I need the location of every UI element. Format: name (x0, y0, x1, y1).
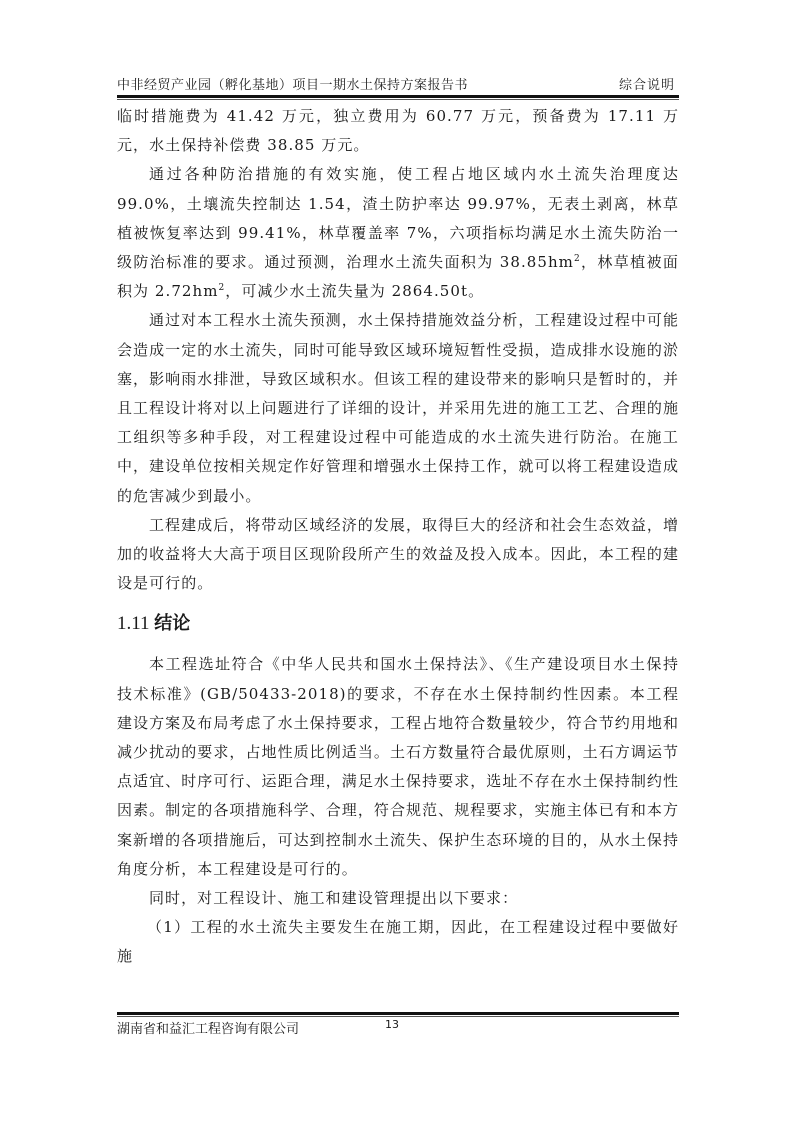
footer-rule-thick (117, 1012, 679, 1015)
section-label: 综合说明 (619, 74, 675, 93)
paragraph-requirements-intro: 同时，对工程设计、施工和建设管理提出以下要求： (117, 884, 679, 913)
header-rule-thin (117, 99, 679, 100)
page-body: 临时措施费为 41.42 万元，独立费用为 60.77 万元，预备费为 17.1… (117, 102, 679, 972)
paragraph-conclusion: 本工程选址符合《中华人民共和国水土保持法》、《生产建设项目水土保持技术标准》(G… (117, 650, 679, 884)
paragraph-costs: 临时措施费为 41.42 万元，独立费用为 60.77 万元，预备费为 17.1… (117, 102, 679, 160)
paragraph-benefits: 工程建成后，将带动区域经济的发展，取得巨大的经济和社会生态效益，增加的收益将大大… (117, 511, 679, 599)
paragraph-text: ，可减少水土流失量为 2864.50t。 (225, 282, 484, 300)
page-header: 中非经贸产业园（孵化基地）项目一期水土保持方案报告书 综合说明 (117, 74, 679, 96)
footer-rule-thin (117, 1016, 679, 1017)
paragraph-indicators: 通过各种防治措施的有效实施，使工程占地区域内水土流失治理度达 99.0%，土壤流… (117, 160, 679, 306)
superscript: 2 (574, 254, 581, 264)
requirement-item-1: （1）工程的水土流失主要发生在施工期，因此，在工程建设过程中要做好施 (117, 913, 679, 971)
page-number: 13 (385, 1018, 399, 1031)
section-heading: 1.11 结论 (117, 604, 679, 644)
document-title: 中非经贸产业园（孵化基地）项目一期水土保持方案报告书 (117, 74, 468, 93)
paragraph-prediction-analysis: 通过对本工程水土流失预测，水土保持措施效益分析，工程建设过程中可能会造成一定的水… (117, 306, 679, 510)
section-number: 1.11 (117, 613, 150, 634)
page-footer: 湖南省和益汇工程咨询有限公司 13 (117, 1018, 679, 1040)
header-rule-thick (117, 95, 679, 98)
company-name: 湖南省和益汇工程咨询有限公司 (117, 1018, 299, 1037)
section-title: 结论 (154, 613, 190, 634)
